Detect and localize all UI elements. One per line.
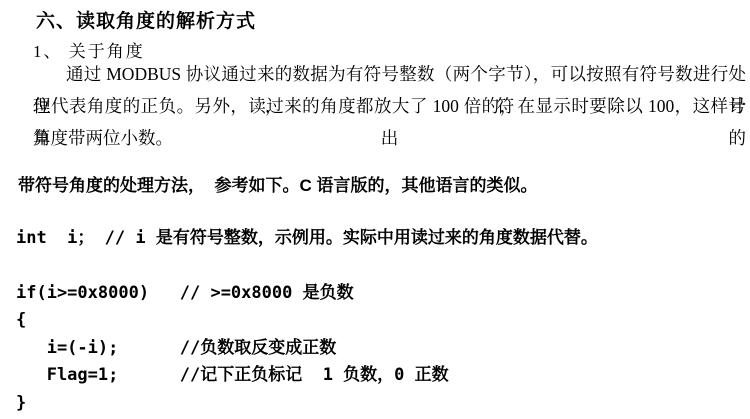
bold-note-line: 带符号角度的处理方法， 参考如下。C 语言版的，其他语言的类似。 (18, 171, 537, 196)
paragraph-line: 通过 MODBUS 协议通过来的数据为有符号整数（两个字节），可以按照有符号数进… (33, 58, 746, 90)
code-line-negate: i=(-i); //负数取反变成正数 (16, 337, 336, 359)
paragraph-line: 位代表角度的正负。另外，读过来的角度都放大了 100 倍的，在显示时要除以 10… (33, 90, 746, 122)
code-line-flag: Flag=1; //记下正负标记 1 负数，0 正数 (16, 364, 449, 386)
code-line-if-condition: if(i>=0x8000) // >=0x8000 是负数 (16, 282, 354, 304)
code-line-int-declaration: int i； // i 是有符号整数，示例用。实际中用读过来的角度数据代替。 (16, 227, 598, 249)
code-line-open-brace: { (16, 309, 26, 331)
body-paragraph: 通过 MODBUS 协议通过来的数据为有符号整数（两个字节），可以按照有符号数进… (33, 58, 746, 154)
document-page: 六、读取角度的解析方式 1、 关于角度 通过 MODBUS 协议通过来的数据为有… (0, 0, 750, 419)
section-heading: 六、读取角度的解析方式 (36, 6, 256, 33)
code-line-close-brace: } (16, 392, 26, 414)
